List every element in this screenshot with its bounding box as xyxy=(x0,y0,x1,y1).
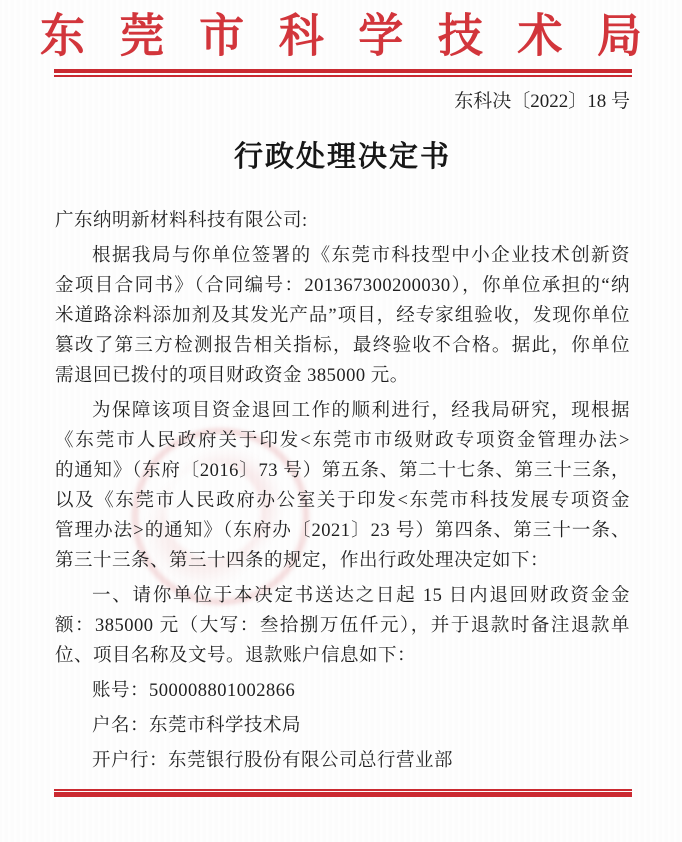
body-text-line: 需退回已拨付的项目财政资金 385000 元。 xyxy=(55,361,630,391)
body-text-line: 管理办法>的通知》（东府办〔2021〕23 号）第四条、第三十一条、 xyxy=(55,516,630,546)
header-separator-line xyxy=(54,69,632,77)
body-text-line: 额：385000 元（大写：叁拾捌万伍仟元），并于退款时备注退款单 xyxy=(55,611,630,641)
body-text-line: 开户行：东莞银行股份有限公司总行营业部 xyxy=(55,746,630,776)
body-text-line: 篡改了第三方检测报告相关指标，最终验收不合格。据此，你单位 xyxy=(55,331,630,361)
body-text-line: 广东纳明新材料科技有限公司: xyxy=(55,206,630,236)
body-text-line: 根据我局与你单位签署的《东莞市科技型中小企业技术创新资 xyxy=(55,241,630,271)
body-text-line: 为保障该项目资金退回工作的顺利进行，经我局研究，现根据 xyxy=(55,396,630,426)
agency-letterhead-title: 东莞市科学技术局 xyxy=(40,7,642,64)
body-text-line: 以及《东莞市人民政府办公室关于印发<东莞市科技发展专项资金 xyxy=(55,486,630,516)
body-text-line: 《东莞市人民政府关于印发<东莞市市级财政专项资金管理办法> xyxy=(55,426,630,456)
footer-separator-line xyxy=(54,789,632,797)
document-reference-number: 东科决〔2022〕18 号 xyxy=(55,90,630,114)
document-body: 广东纳明新材料科技有限公司:根据我局与你单位签署的《东莞市科技型中小企业技术创新… xyxy=(55,206,630,776)
body-text-line: 账号：500008801002866 xyxy=(55,676,630,706)
document-page: 东莞市科学技术局 东科决〔2022〕18 号 行政处理决定书 广东纳明新材料科技… xyxy=(0,0,682,842)
body-text-line: 户名：东莞市科学技术局 xyxy=(55,711,630,741)
body-text-line: 的通知》（东府〔2016〕73 号）第五条、第二十七条、第三十三条， xyxy=(55,456,630,486)
separator-thick-bar xyxy=(54,792,632,797)
document-title: 行政处理决定书 xyxy=(55,140,630,174)
body-text-line: 一、请你单位于本决定书送达之日起 15 日内退回财政资金金 xyxy=(55,581,630,611)
body-text-line: 第三十三条、第三十四条的规定，作出行政处理决定如下： xyxy=(55,546,630,576)
separator-thin-bar xyxy=(54,75,632,77)
body-text-line: 位、项目名称及文号。退款账户信息如下： xyxy=(55,641,630,671)
body-text-line: 金项目合同书》（合同编号：201367300200030），你单位承担的“纳 xyxy=(55,271,630,301)
body-text-line: 米道路涂料添加剂及其发光产品”项目，经专家组验收，发现你单位 xyxy=(55,301,630,331)
